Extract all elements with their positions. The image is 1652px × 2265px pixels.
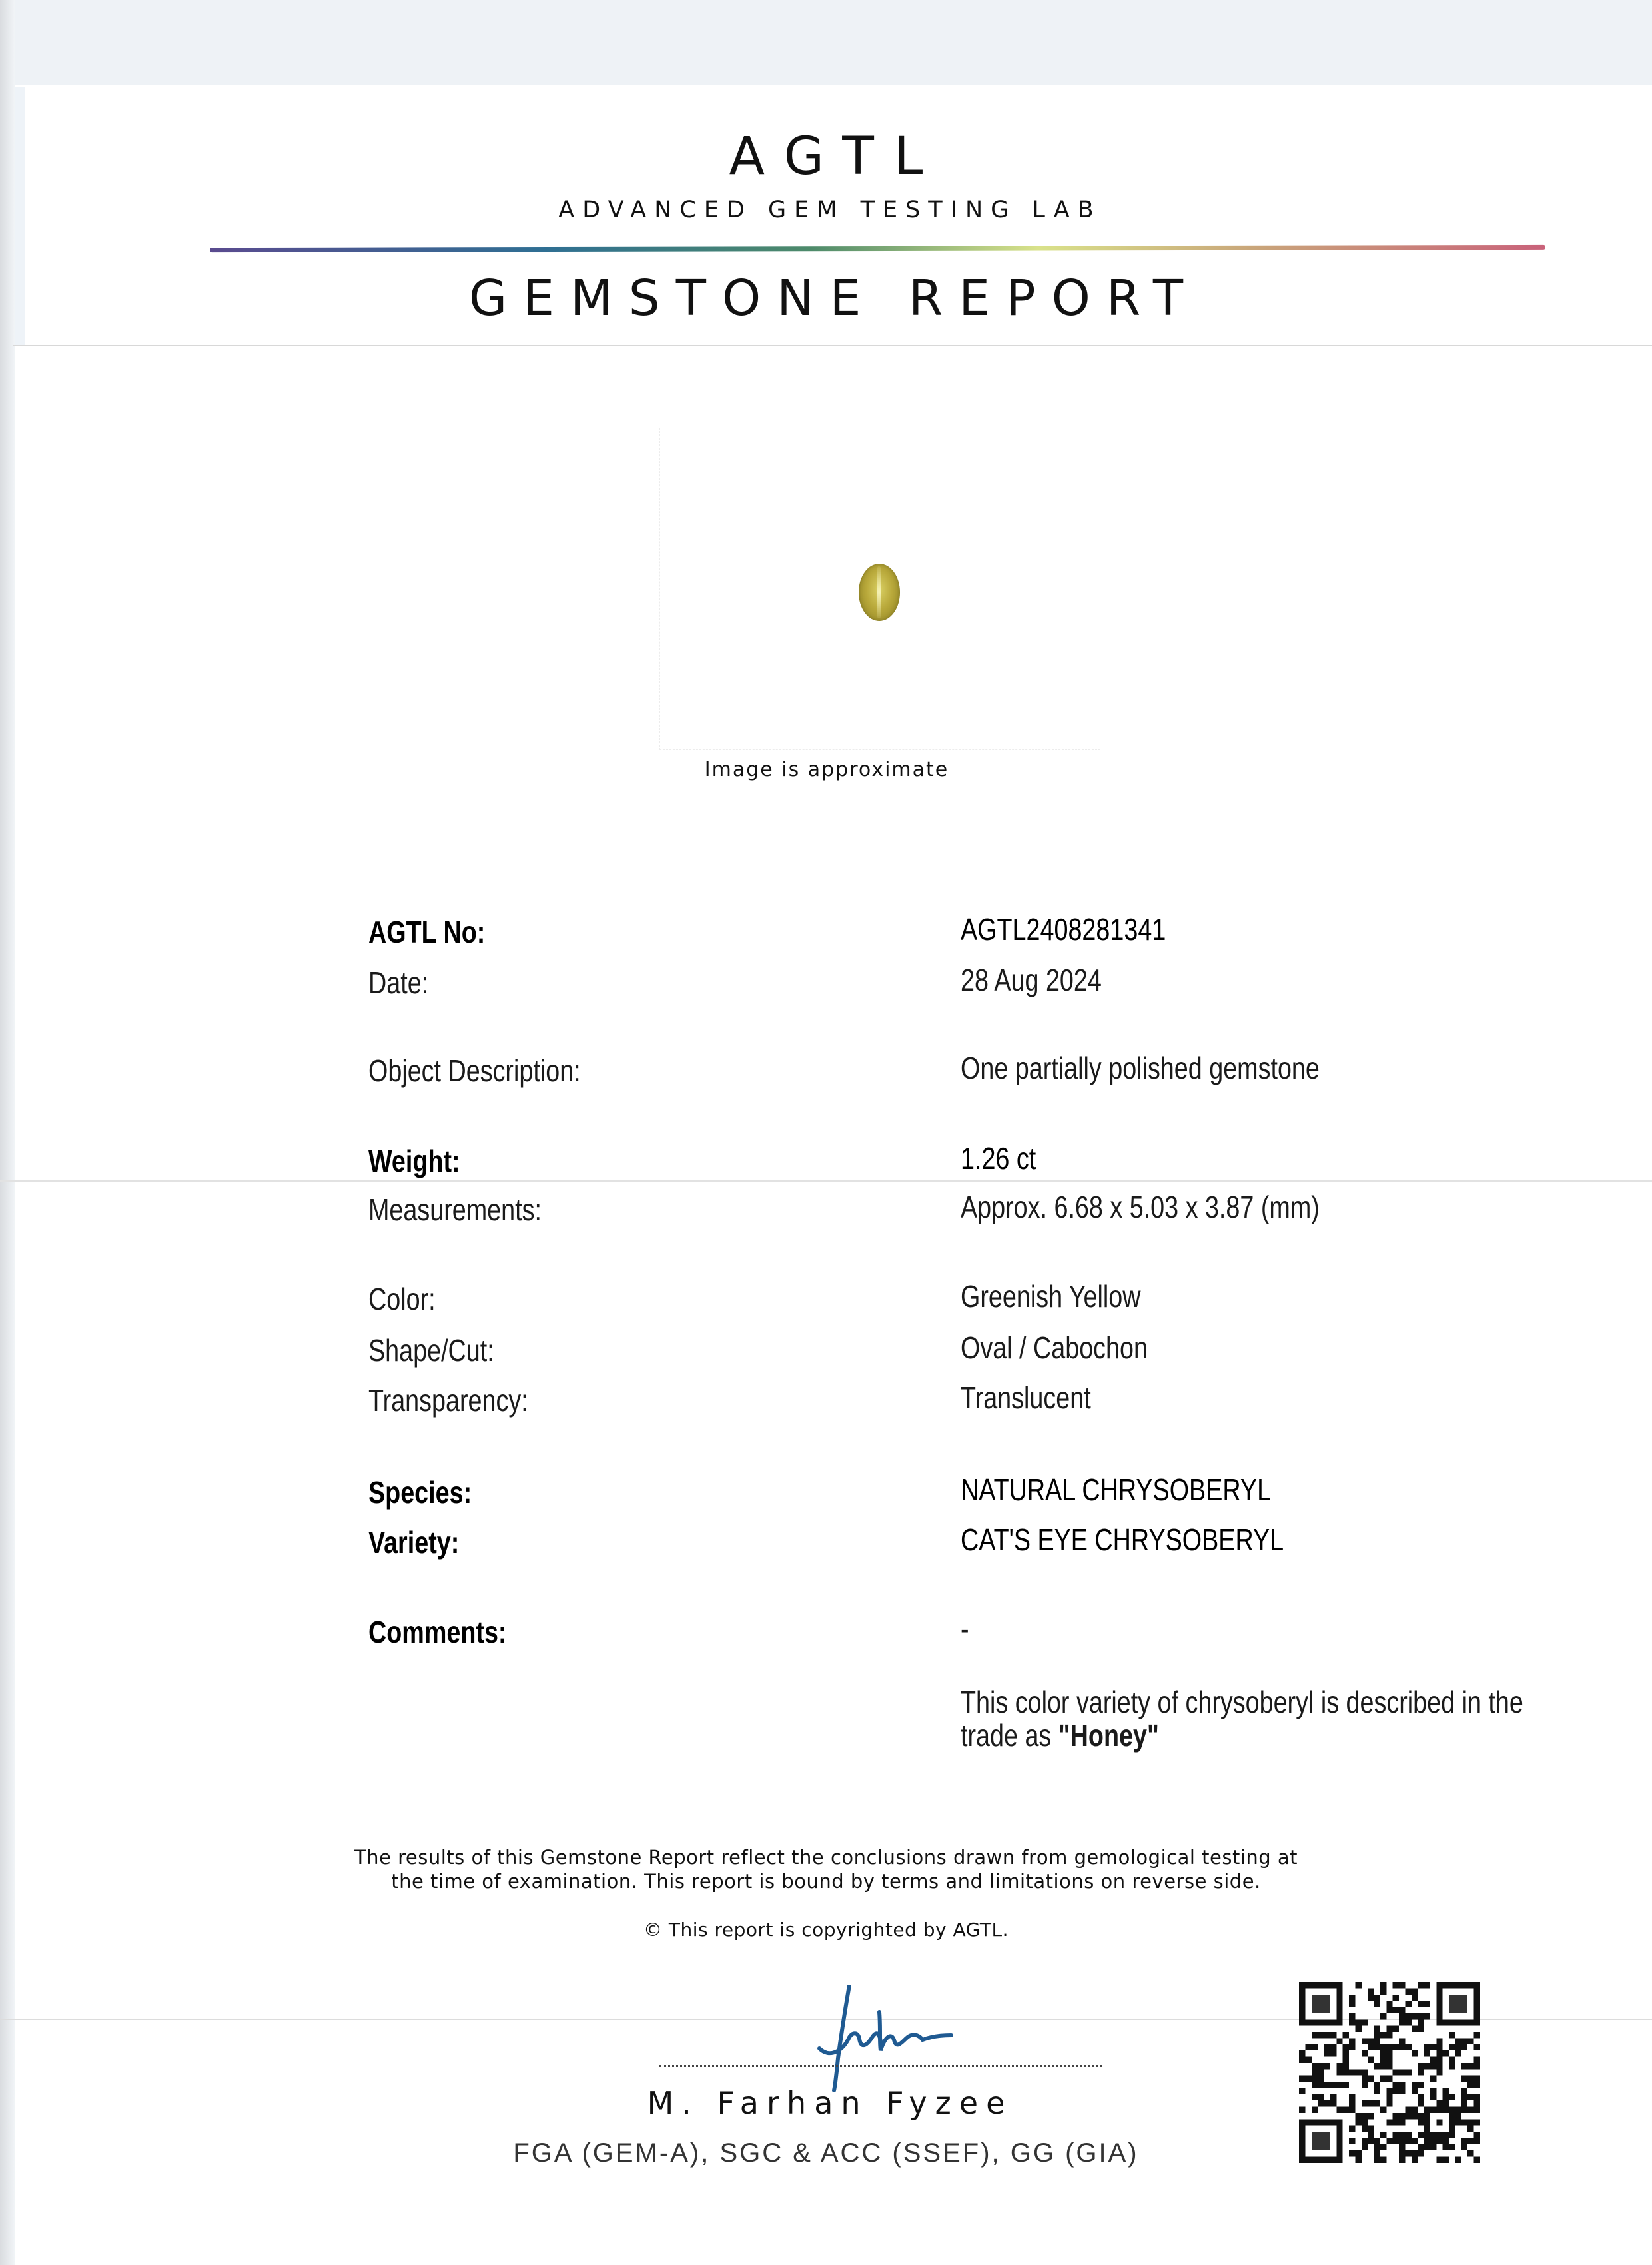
logo-title: AGTL xyxy=(0,127,1652,187)
color-label: Color: xyxy=(368,1281,436,1317)
object-description-label: Object Description: xyxy=(368,1053,581,1089)
variety-value: CAT'S EYE CHRYSOBERYL xyxy=(961,1522,1284,1558)
signature-line xyxy=(659,2065,1102,2067)
signature-icon xyxy=(779,1985,979,2092)
lab-name: ADVANCED GEM TESTING LAB xyxy=(0,197,1652,223)
weight-label: Weight: xyxy=(368,1143,460,1179)
shape-cut-label: Shape/Cut: xyxy=(368,1332,494,1368)
transparency-value: Translucent xyxy=(961,1380,1091,1416)
agtl-no-label: AGTL No: xyxy=(368,914,485,950)
fold-line xyxy=(0,1180,1652,1182)
copyright-notice: © This report is copyrighted by AGTL. xyxy=(0,1919,1652,1941)
shape-cut-value: Oval / Cabochon xyxy=(961,1330,1148,1366)
variety-label: Variety: xyxy=(368,1524,459,1560)
rainbow-divider xyxy=(210,245,1545,252)
comment-note-highlight: "Honey" xyxy=(1058,1718,1159,1753)
disclaimer-line-1: The results of this Gemstone Report refl… xyxy=(0,1845,1652,1869)
date-label: Date: xyxy=(368,965,428,1001)
comments-value: - xyxy=(961,1611,969,1647)
measurements-label: Measurements: xyxy=(368,1192,542,1228)
agtl-no-value: AGTL2408281341 xyxy=(961,911,1166,947)
object-description-value: One partially polished gemstone xyxy=(961,1050,1320,1086)
comment-note-text: This color variety of chrysoberyl is des… xyxy=(961,1685,1523,1753)
species-value: NATURAL CHRYSOBERYL xyxy=(961,1472,1271,1508)
color-value: Greenish Yellow xyxy=(961,1278,1141,1314)
date-value: 28 Aug 2024 xyxy=(961,962,1102,998)
comment-note: This color variety of chrysoberyl is des… xyxy=(961,1685,1561,1752)
weight-value: 1.26 ct xyxy=(961,1140,1036,1176)
comments-label: Comments: xyxy=(368,1614,506,1650)
scan-border-top xyxy=(0,0,1652,85)
header-divider xyxy=(13,345,1652,346)
transparency-label: Transparency: xyxy=(368,1382,528,1418)
disclaimer-line-2: the time of examination. This report is … xyxy=(0,1869,1652,1893)
image-caption: Image is approximate xyxy=(0,758,1652,781)
species-label: Species: xyxy=(368,1474,472,1510)
report-title: GEMSTONE REPORT xyxy=(0,270,1652,327)
gem-image xyxy=(859,564,900,621)
qr-code-icon[interactable] xyxy=(1299,1982,1480,2163)
measurements-value: Approx. 6.68 x 5.03 x 3.87 (mm) xyxy=(961,1189,1320,1225)
